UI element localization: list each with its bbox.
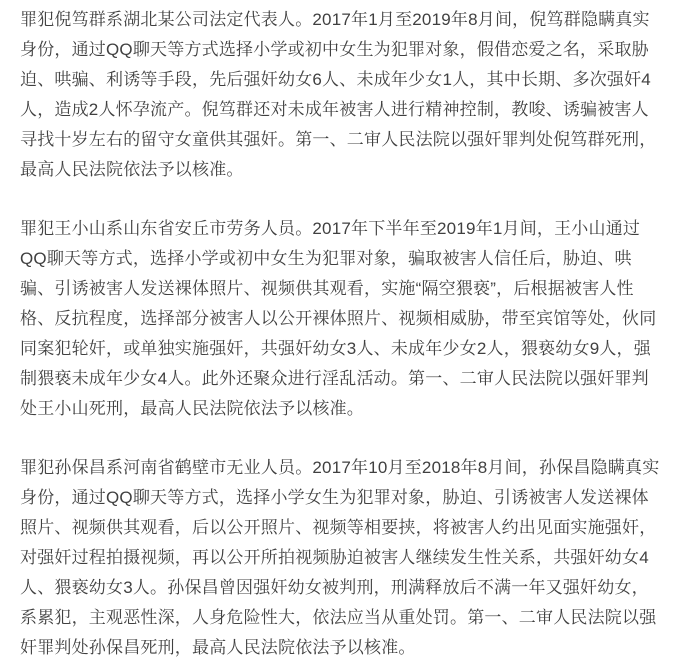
case-paragraph-sun-baochang: 罪犯孙保昌系河南省鹤壁市无业人员。2017年10月至2018年8月间，孙保昌隐瞒… [20,453,662,663]
case-paragraph-wang-xiaoshan: 罪犯王小山系山东省安丘市劳务人员。2017年下半年至2019年1月间，王小山通过… [20,214,662,424]
article-body: 罪犯倪笃群系湖北某公司法定代表人。2017年1月至2019年8月间，倪笃群隐瞒真… [0,0,686,669]
case-paragraph-ni-duqun: 罪犯倪笃群系湖北某公司法定代表人。2017年1月至2019年8月间，倪笃群隐瞒真… [20,5,662,185]
